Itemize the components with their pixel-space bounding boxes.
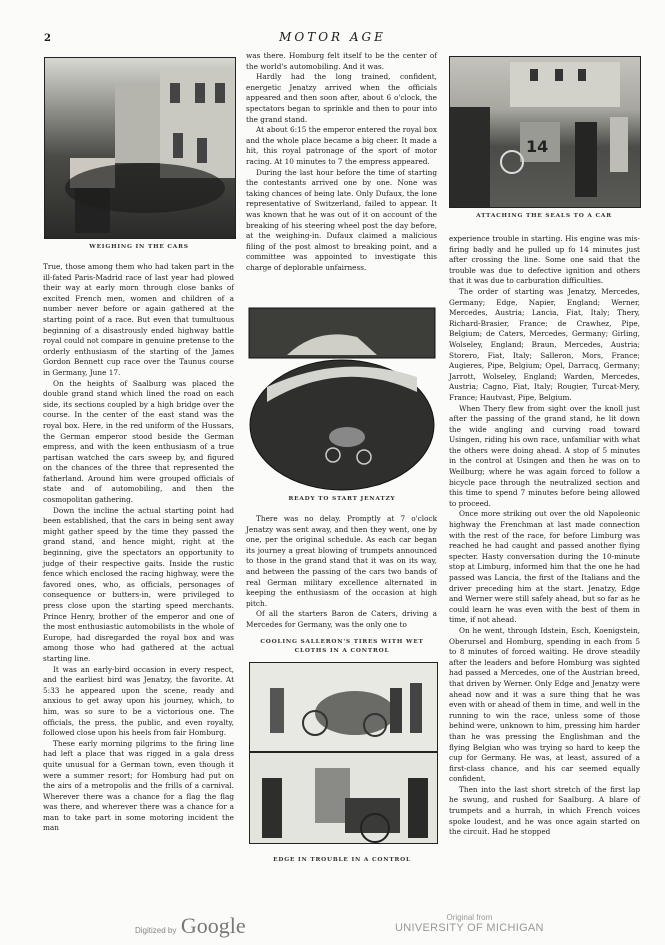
paragraph: Hardly had the long trained, confident, … [246,72,437,125]
paragraph: True, those among them who had taken par… [43,262,234,379]
article-column-right: experience trouble in starting. His engi… [449,234,640,838]
paragraph: It was an early-bird occasion in every r… [43,665,234,739]
paragraph: Of all the starters Baron de Caters, dri… [246,609,437,630]
paragraph: experience trouble in starting. His engi… [449,234,640,287]
race-car-oval-illustration [247,307,437,492]
paragraph: When Thery flew from sight over the knol… [449,404,640,510]
paragraph: On the heights of Saalburg was placed th… [43,379,234,506]
paragraph: At about 6:15 the emperor entered the ro… [246,125,437,167]
caption-attaching-seals: Attaching the Seals to a Car [449,213,639,219]
caption-weighing-in-cars: Weighing in the Cars [44,244,234,250]
paragraph: On he went, through Idstein, Esch, Koeni… [449,626,640,785]
caption-edge-in-trouble: Edge in Trouble in a Control [247,857,437,863]
photo-cooling-salleron-tires [249,662,438,752]
running-head: MOTOR AGE [0,30,665,44]
paragraph: Down the incline the actual starting poi… [43,506,234,665]
paragraph: Then into the last short stretch of the … [449,785,640,838]
photo-edge-in-trouble [249,752,438,844]
paragraph: There was no delay. Promptly at 7 o'cloc… [246,514,437,609]
paragraph: Once more striking out over the old Napo… [449,509,640,626]
digitized-by-google-watermark: Digitized by Google [135,913,246,939]
photo-ready-to-start-jenatzy [247,307,437,492]
article-column-middle-bottom: There was no delay. Promptly at 7 o'cloc… [246,514,437,631]
original-prefix: Original from [395,913,544,922]
original-source: UNIVERSITY OF MICHIGAN [395,922,544,934]
men-with-car-illustration [250,663,437,751]
paragraph: These early morning pilgrims to the firi… [43,739,234,834]
paragraph: was there. Homburg felt itself to be the… [246,51,437,72]
caption-ready-to-start-jenatzy: Ready to Start Jenatzy [247,496,437,502]
photo-weighing-in-cars [44,57,236,239]
original-source-watermark: Original from UNIVERSITY OF MICHIGAN [395,913,544,934]
digitized-prefix: Digitized by [135,926,176,935]
paragraph: During the last hour before the time of … [246,168,437,274]
street-scene-illustration [45,58,235,238]
edge-car-illustration [250,753,437,843]
photo-attaching-seals: 14 [449,56,641,208]
article-column-left: True, those among them who had taken par… [43,262,234,834]
article-column-middle-top: was there. Homburg felt itself to be the… [246,51,437,273]
paragraph: The order of starting was Jenatzy, Merce… [449,287,640,404]
svg-text:14: 14 [526,137,548,156]
google-logo-text: Google [181,913,246,938]
car-14-illustration: 14 [450,57,640,207]
caption-cooling-salleron-tires: Cooling Salleron's Tires with Wet Cloths… [247,638,437,656]
